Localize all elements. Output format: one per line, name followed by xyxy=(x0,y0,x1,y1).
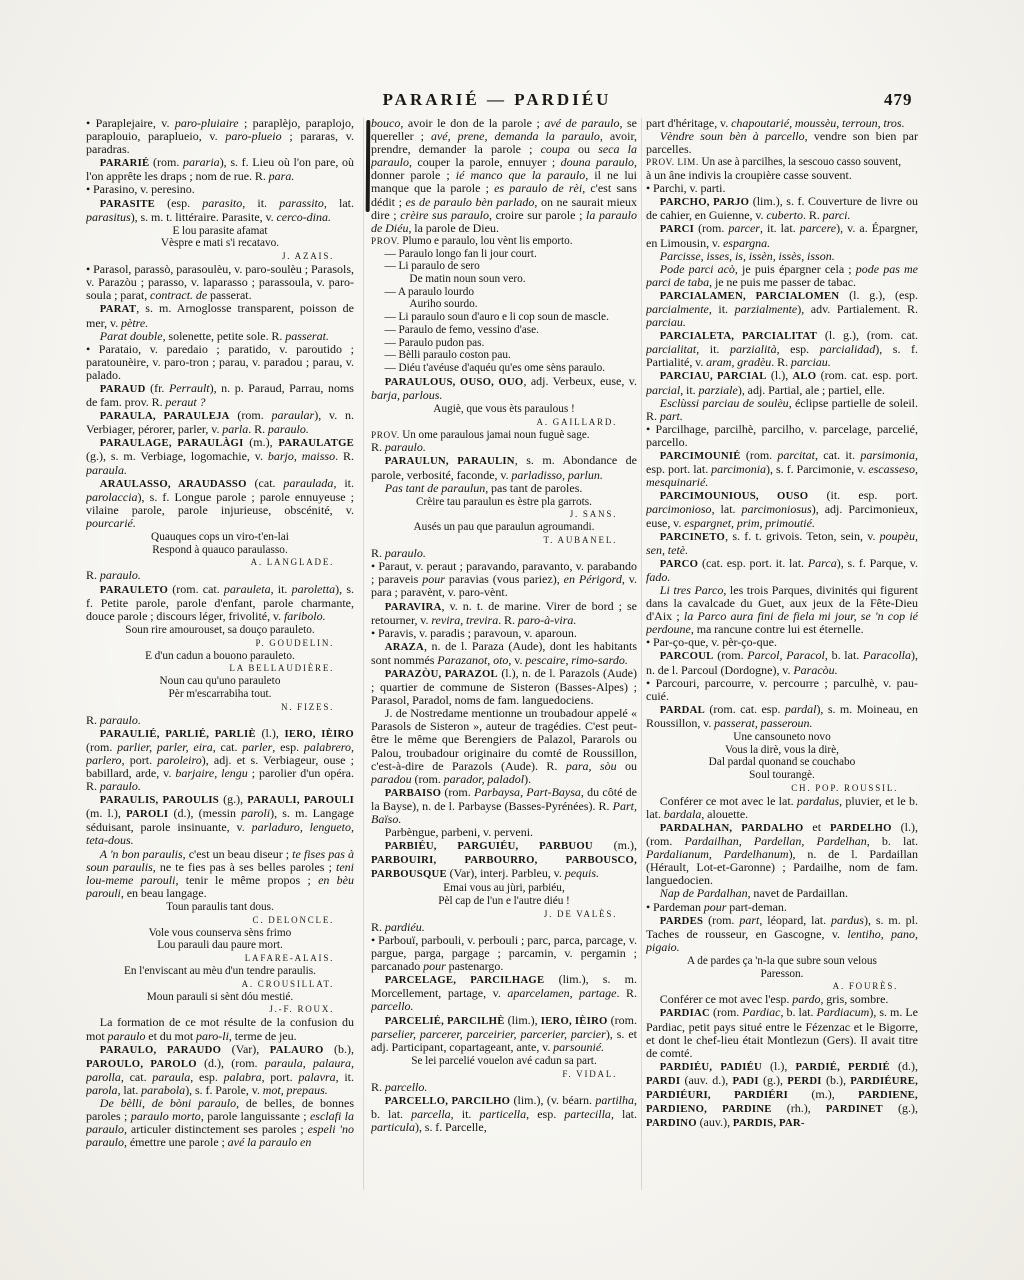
page-number: 479 xyxy=(884,90,913,110)
verse-quotation: Moun parauli si sènt dóu mestié. xyxy=(86,991,354,1004)
proverb-line: — Bèlli paraulo coston pau. xyxy=(371,349,637,362)
dictionary-entry: PARCELAGE, PARCILHAGE (lim.), s. m. Morc… xyxy=(371,973,637,1013)
text-line: Soun rire amourouset, sa douço parauleto… xyxy=(86,624,354,637)
dictionary-entry: PARAZÒU, PARAZOL (l.), n. de l. Parazols… xyxy=(371,667,637,707)
text-line: LAFARE-ALAIS. xyxy=(86,952,334,964)
citation-author: LAFARE-ALAIS. xyxy=(86,952,354,964)
scan-ink-artifact xyxy=(366,120,371,212)
text-line: Pèr m'escarrabiha tout. xyxy=(86,688,354,701)
verse-quotation: Vole vous counserva sèns frimoLou paraul… xyxy=(86,927,354,952)
verse-quotation: Crèire tau paraulun es èstre pla garrots… xyxy=(371,496,637,509)
text-line: Vèspre e mati s'i recatavo. xyxy=(86,237,354,250)
text-line: J. SANS. xyxy=(371,508,617,520)
verse-quotation: Toun paraulis tant dous. xyxy=(86,901,354,914)
text-line: — A paraulo lourdo xyxy=(371,286,637,299)
dictionary-entry: PARAULOUS, OUSO, OUO, adj. Verbeux, euse… xyxy=(371,375,637,402)
dictionary-entry: PARBAISO (rom. Parbaysa, Part-Baysa, du … xyxy=(371,786,637,826)
dictionary-entry: PARCIMOUNIÉ (rom. parcitat, cat. it. par… xyxy=(646,449,918,489)
text-line: Quauques cops un viro-t'en-lai xyxy=(86,531,354,544)
text-line: A. FOURÈS. xyxy=(646,980,898,992)
text-line: Pèl cap de l'un e l'autre diéu ! xyxy=(371,895,637,908)
dictionary-entry: ARAULASSO, ARAUDASSO (cat. paraulada, it… xyxy=(86,477,354,530)
text-column-right: part d'héritage, v. chapoutarié, moussèu… xyxy=(646,117,918,1275)
citation-author: A. CROUSILLAT. xyxy=(86,978,354,990)
dictionary-entry: ARAZA, n. de l. Paraza (Aude), dont les … xyxy=(371,640,637,667)
dictionary-entry: De bèlli, de bòni paraulo, de belles, de… xyxy=(86,1097,354,1149)
verse-quotation: Augiè, que vous èts paraulous ! xyxy=(371,403,637,416)
paragraph: • Paraplejaire, v. paro-pluiaire ; parap… xyxy=(86,117,354,156)
proverb-line: PROV. Plumo e paraulo, lou vènt lis empo… xyxy=(371,235,637,248)
dictionary-entry: PARDIÉU, PADIÉU (l.), PARDIÉ, PERDIÉ (d.… xyxy=(646,1060,918,1130)
citation-author: N. FIZES. xyxy=(86,701,354,713)
text-line: N. FIZES. xyxy=(86,701,334,713)
dictionary-entry: PARCOUL (rom. Parcol, Paracol, b. lat. P… xyxy=(646,649,918,676)
citation-author: LA BELLAUDIÈRE. xyxy=(86,662,354,674)
dictionary-entry: PARAUD (fr. Perrault), n. p. Paraud, Par… xyxy=(86,382,354,409)
text-line: Une cansouneto novo xyxy=(646,731,918,744)
text-line: Augiè, que vous èts paraulous ! xyxy=(371,403,637,416)
dictionary-entry: PARCHO, PARJO (lim.), s. f. Couverture d… xyxy=(646,195,918,222)
text-line: CH. POP. ROUSSIL. xyxy=(646,782,898,794)
dictionary-entry: PARAULO, PARAUDO (Var), PALAURO (b.), PA… xyxy=(86,1043,354,1097)
text-line: — Paraulo pudon pas. xyxy=(371,337,637,350)
dictionary-entry: PARDALHAN, PARDALHO et PARDELHO (l.), (r… xyxy=(646,821,918,887)
paragraph: • Parcilhage, parcilhè, parcilho, v. par… xyxy=(646,423,918,449)
column-divider-rule xyxy=(641,118,642,1190)
dictionary-entry: PARCINETO, s. f. t. grivois. Teton, sein… xyxy=(646,530,918,557)
dictionary-entry: PARBIÉU, PARGUIÉU, PARBUOU (m.), PARBOUI… xyxy=(371,839,637,881)
dictionary-entry: PARCIALETA, PARCIALITAT (l. g.), (rom. c… xyxy=(646,329,918,369)
text-line: Paresson. xyxy=(646,968,918,981)
text-line: A de pardes ça 'n-la que subre soun velo… xyxy=(646,955,918,968)
text-line: C. DELONCLE. xyxy=(86,914,334,926)
dictionary-entry: PARAULETO (rom. cat. parauleta, it. paro… xyxy=(86,583,354,623)
text-line: LA BELLAUDIÈRE. xyxy=(86,662,334,674)
text-line: — Paraulo de femo, vessino d'ase. xyxy=(371,324,637,337)
paragraph: R. paraulo. xyxy=(86,714,354,727)
text-line: — Bèlli paraulo coston pau. xyxy=(371,349,637,362)
text-line: En l'enviscant au mèu d'un tendre paraul… xyxy=(86,965,354,978)
proverb-line: — Paraulo de femo, vessino d'ase. xyxy=(371,324,637,337)
dictionary-entry: PARAULUN, PARAULIN, s. m. Abondance de p… xyxy=(371,454,637,481)
text-line: — Li paraulo soun d'auro e li cop soun d… xyxy=(371,311,637,324)
verse-quotation: Quauques cops un viro-t'en-laiRespond à … xyxy=(86,531,354,556)
verse-quotation: Soun rire amourouset, sa douço parauleto… xyxy=(86,624,354,637)
verse-quotation: Noun cau qu'uno parauletoPèr m'escarrabi… xyxy=(86,675,354,700)
dictionary-entry: PARCO (cat. esp. port. it. lat. Parca), … xyxy=(646,557,918,584)
citation-author: C. DELONCLE. xyxy=(86,914,354,926)
dictionary-entry: Pas tant de paraulun, pas tant de parole… xyxy=(371,482,637,495)
citation-author: F. VIDAL. xyxy=(371,1068,637,1080)
text-line: Auriho sourdo. xyxy=(371,298,637,311)
running-title: PARARIÉ — PARDIÉU xyxy=(0,90,994,110)
verse-quotation: Se lei parcelié vouelon avé cadun sa par… xyxy=(371,1055,637,1068)
text-line: Emai vous au jùri, parbiéu, xyxy=(371,882,637,895)
paragraph: • Parataio, v. paredaio ; paratido, v. p… xyxy=(86,343,354,382)
text-line: F. VIDAL. xyxy=(371,1068,617,1080)
citation-author: CH. POP. ROUSSIL. xyxy=(646,782,918,794)
dictionary-entry: PARDAL (rom. cat. esp. pardal), s. m. Mo… xyxy=(646,703,918,730)
text-line: De matin noun soun vero. xyxy=(371,273,637,286)
citation-author: A. LANGLADE. xyxy=(86,556,354,568)
dictionary-entry: Conférer ce mot avec le lat. pardalus, p… xyxy=(646,795,918,821)
verse-quotation: Ausés un pau que paraulun agroumandi. xyxy=(371,521,637,534)
dictionary-entry: PARCIAU, PARCIAL (l.), ALO (rom. cat. es… xyxy=(646,369,918,396)
verse-quotation: Une cansouneto novoVous la dirè, vous la… xyxy=(646,731,918,782)
citation-author: P. GOUDELIN. xyxy=(86,637,354,649)
dictionary-entry: La formation de ce mot résulte de la con… xyxy=(86,1016,354,1042)
dictionary-entry: PARAULIÉ, PARLIÉ, PARLIÈ (l.), IERO, IÈI… xyxy=(86,727,354,793)
text-line: — Li paraulo de sero xyxy=(371,260,637,273)
citation-author: T. AUBANEL. xyxy=(371,534,637,546)
paragraph: bouco, avoir le don de la parole ; avé d… xyxy=(371,117,637,235)
text-line: Toun paraulis tant dous. xyxy=(86,901,354,914)
text-line: Moun parauli si sènt dóu mestié. xyxy=(86,991,354,1004)
text-line: Se lei parcelié vouelon avé cadun sa par… xyxy=(371,1055,637,1068)
text-line: Respond à quauco paraulasso. xyxy=(86,544,354,557)
text-line: Vous la dirè, vous la dirè, xyxy=(646,744,918,757)
proverb-line: — Paraulo pudon pas. xyxy=(371,337,637,350)
text-line: A. GAILLARD. xyxy=(371,416,617,428)
citation-author: A. GAILLARD. xyxy=(371,416,637,428)
paragraph: • Parasol, parassò, parasoulèu, v. paro-… xyxy=(86,263,354,302)
citation-author: J. SANS. xyxy=(371,508,637,520)
dictionary-entry: A 'n bon paraulis, c'est un beau diseur … xyxy=(86,848,354,900)
proverb-line: — Li paraulo de seroDe matin noun soun v… xyxy=(371,260,637,285)
verse-quotation: E lou parasite afamatVèspre e mati s'i r… xyxy=(86,225,354,250)
text-line: A. CROUSILLAT. xyxy=(86,978,334,990)
dictionary-entry: PARAULA, PARAULEJA (rom. paraular), v. n… xyxy=(86,409,354,436)
dictionary-entry: Esclùssi parciau de soulèu, éclipse part… xyxy=(646,397,918,423)
dictionary-entry: PARCIALAMEN, PARCIALOMEN (l. g.), (esp. … xyxy=(646,289,918,329)
verse-quotation: E d'un cadun a bouono parauleto. xyxy=(86,650,354,663)
dictionary-entry: PARAULIS, PAROULIS (g.), PARAULI, PAROUL… xyxy=(86,793,354,847)
text-line: E d'un cadun a bouono parauleto. xyxy=(86,650,354,663)
dictionary-entry: Li tres Parco, les trois Parques, divini… xyxy=(646,584,918,636)
dictionary-entry: Pode parci acò, je puis épargner cela ; … xyxy=(646,263,918,289)
text-line: E lou parasite afamat xyxy=(86,225,354,238)
text-line: T. AUBANEL. xyxy=(371,534,617,546)
text-line: Ausés un pau que paraulun agroumandi. xyxy=(371,521,637,534)
proverb-line: — Paraulo longo fan li jour court. xyxy=(371,248,637,261)
citation-author: J. DE VALÈS. xyxy=(371,908,637,920)
text-column-left: • Paraplejaire, v. paro-pluiaire ; parap… xyxy=(86,117,354,1275)
text-line: J.-F. ROUX. xyxy=(86,1003,334,1015)
text-line: Crèire tau paraulun es èstre pla garrots… xyxy=(371,496,637,509)
dictionary-entry: PARDIAC (rom. Pardiac, b. lat. Pardiacum… xyxy=(646,1006,918,1059)
dictionary-entry: PARARIÉ (rom. pararia), s. f. Lieu où l'… xyxy=(86,156,354,183)
dictionary-entry: PARASITE (esp. parasito, it. parassito, … xyxy=(86,197,354,224)
dictionary-entry: PARAULAGE, PARAULÀGI (m.), PARAULATGE (g… xyxy=(86,436,354,476)
text-line: J. AZAIS. xyxy=(86,250,334,262)
dictionary-entry: J. de Nostredame mentionne un troubadour… xyxy=(371,707,637,786)
citation-author: A. FOURÈS. xyxy=(646,980,918,992)
dictionary-entry: PARAVIRA, v. n. t. de marine. Virer de b… xyxy=(371,600,637,627)
citation-author: J.-F. ROUX. xyxy=(86,1003,354,1015)
text-line: J. DE VALÈS. xyxy=(371,908,617,920)
text-line: Dal pardal quonand se couchabo xyxy=(646,756,918,769)
text-line: Vole vous counserva sèns frimo xyxy=(86,927,354,940)
verse-quotation: En l'enviscant au mèu d'un tendre paraul… xyxy=(86,965,354,978)
dictionary-page: PARARIÉ — PARDIÉU 479 • Paraplejaire, v.… xyxy=(0,0,1024,1280)
text-line: A. LANGLADE. xyxy=(86,556,334,568)
verse-quotation: Emai vous au jùri, parbiéu,Pèl cap de l'… xyxy=(371,882,637,907)
column-divider-rule xyxy=(363,118,364,1190)
dictionary-entry: PARDES (rom. part, léopard, lat. pardus)… xyxy=(646,914,918,954)
text-line: Noun cau qu'uno parauleto xyxy=(86,675,354,688)
citation-author: J. AZAIS. xyxy=(86,250,354,262)
proverb-line: — Li paraulo soun d'auro e li cop soun d… xyxy=(371,311,637,324)
dictionary-entry: PARAT, s. m. Arnoglosse transparent, poi… xyxy=(86,302,354,329)
paragraph: • Paraut, v. peraut ; paravando, paravan… xyxy=(371,560,637,599)
dictionary-entry: PARCI (rom. parcer, it. lat. parcere), v… xyxy=(646,222,918,249)
paragraph: • Parbouï, parbouli, v. perbouli ; parc,… xyxy=(371,934,637,973)
text-line: — Paraulo longo fan li jour court. xyxy=(371,248,637,261)
verse-quotation: A de pardes ça 'n-la que subre soun velo… xyxy=(646,955,918,980)
dictionary-entry: PARCELIÉ, PARCILHÈ (lim.), IERO, IÈIRO (… xyxy=(371,1014,637,1054)
paragraph: • Parcouri, parcourre, v. percourre ; pa… xyxy=(646,677,918,703)
text-line: P. GOUDELIN. xyxy=(86,637,334,649)
text-column-middle: bouco, avoir le don de la parole ; avé d… xyxy=(371,117,637,1275)
text-line: Soul tourangè. xyxy=(646,769,918,782)
dictionary-entry: PARCIMOUNIOUS, OUSO (it. esp. port. parc… xyxy=(646,489,918,529)
text-line: Lou parauli dau paure mort. xyxy=(86,939,354,952)
proverb-line: — A paraulo lourdoAuriho sourdo. xyxy=(371,286,637,311)
dictionary-entry: Vèndre soun bèn à parcello, vendre son b… xyxy=(646,130,918,156)
dictionary-entry: PARCELLO, PARCILHO (lim.), (v. béarn. pa… xyxy=(371,1094,637,1134)
